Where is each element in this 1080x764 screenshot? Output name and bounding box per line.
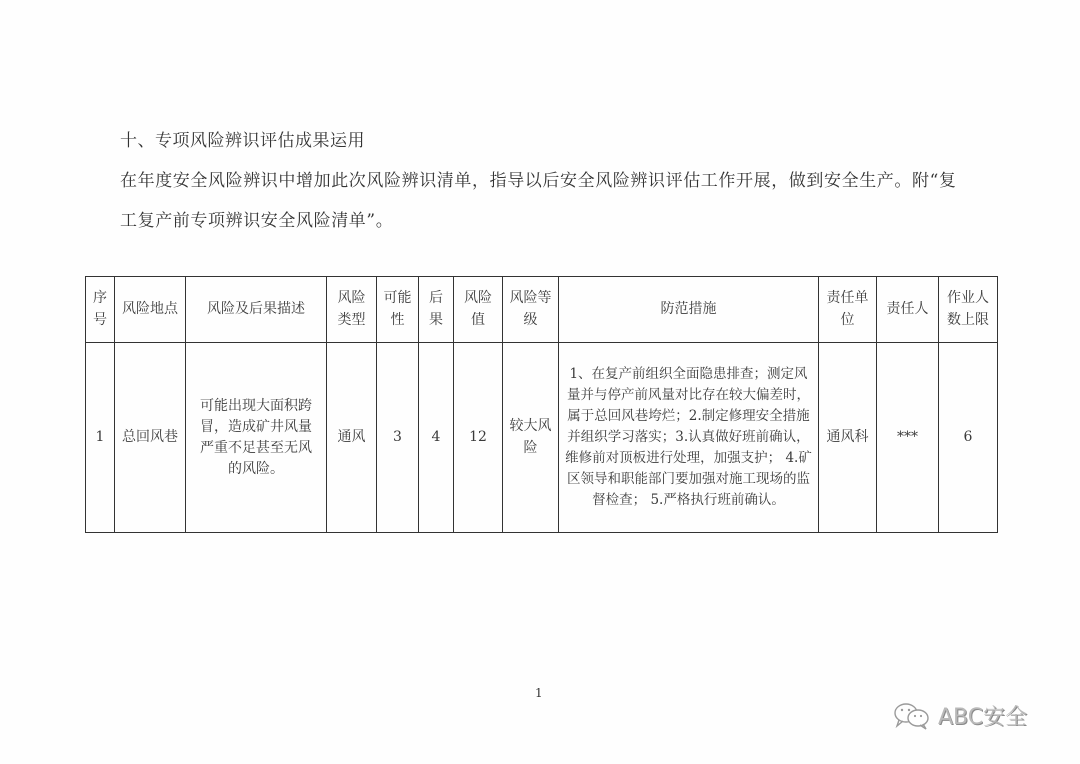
header-likelihood: 可能性 (377, 277, 419, 343)
header-risk-level: 风险等级 (503, 277, 559, 343)
cell-responsible-person: *** (877, 343, 939, 533)
cell-consequence: 4 (419, 343, 454, 533)
cell-measures: 1、在复产前组织全面隐患排查；测定风量并与停产前风量对比存在较大偏差时，属于总回… (559, 343, 819, 533)
cell-responsible-unit: 通风科 (819, 343, 877, 533)
risk-list-table: 序号 风险地点 风险及后果描述 风险类型 可能性 后果 风险值 风险等级 防范措… (85, 276, 998, 533)
document-page: 十、专项风险辨识评估成果运用 在年度安全风险辨识中增加此次风险辨识清单，指导以后… (0, 0, 1080, 764)
header-responsible-person: 责任人 (877, 277, 939, 343)
paragraph-line-2: 工复产前专项辨识安全风险清单”。 (120, 206, 970, 231)
wechat-icon (892, 701, 932, 731)
watermark: ABC安全 (892, 700, 1027, 731)
paragraph-line-1: 在年度安全风险辨识中增加此次风险辨识清单，指导以后安全风险辨识评估工作开展，做到… (120, 166, 970, 191)
cell-description: 可能出现大面积跨冒，造成矿井风量严重不足甚至无风的风险。 (186, 343, 327, 533)
cell-type: 通风 (327, 343, 377, 533)
header-worker-limit: 作业人数上限 (939, 277, 998, 343)
watermark-text: ABC安全 (938, 700, 1027, 731)
cell-likelihood: 3 (377, 343, 419, 533)
cell-index: 1 (86, 343, 115, 533)
header-measures: 防范措施 (559, 277, 819, 343)
header-description: 风险及后果描述 (186, 277, 327, 343)
section-title: 十、专项风险辨识评估成果运用 (120, 126, 365, 151)
header-risk-value: 风险值 (454, 277, 503, 343)
cell-location: 总回风巷 (115, 343, 186, 533)
header-consequence: 后果 (419, 277, 454, 343)
table-row: 1 总回风巷 可能出现大面积跨冒，造成矿井风量严重不足甚至无风的风险。 通风 3… (86, 343, 998, 533)
header-responsible-unit: 责任单位 (819, 277, 877, 343)
cell-risk-level: 较大风险 (503, 343, 559, 533)
header-location: 风险地点 (115, 277, 186, 343)
table-header-row: 序号 风险地点 风险及后果描述 风险类型 可能性 后果 风险值 风险等级 防范措… (86, 277, 998, 343)
cell-worker-limit: 6 (939, 343, 998, 533)
header-type: 风险类型 (327, 277, 377, 343)
cell-risk-value: 12 (454, 343, 503, 533)
header-index: 序号 (86, 277, 115, 343)
page-number: 1 (535, 686, 543, 700)
